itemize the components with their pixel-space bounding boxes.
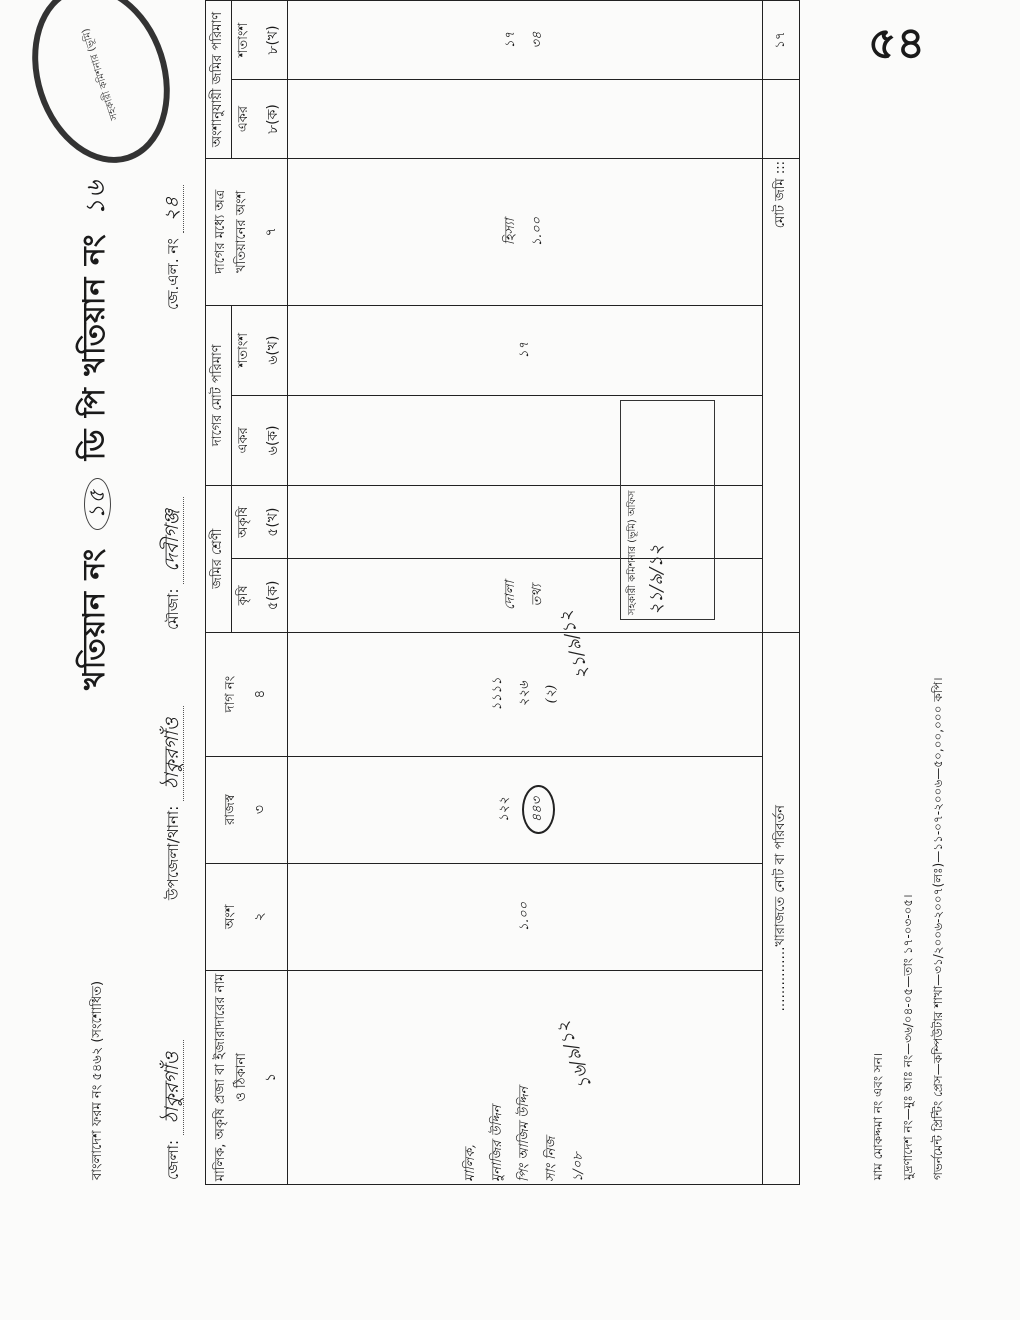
office-seal-box: সহকারী কমিশনার (ভূমি) অফিস ২১/৯/১২ bbox=[620, 400, 715, 620]
cell-dag: ১১১১ ২২৬ (২) bbox=[288, 632, 763, 756]
cell-share: ১.০০ bbox=[288, 863, 763, 970]
jl-field: জে.এল. নং ২৪ bbox=[158, 185, 190, 310]
total-acre bbox=[763, 80, 800, 159]
cell-decimal: ১৭ bbox=[288, 305, 763, 395]
col-revenue: রাজস্ব৩ bbox=[206, 756, 288, 863]
title-prefix: খতিয়ান নং bbox=[77, 548, 112, 690]
circled-revenue: ৪৪৩ bbox=[522, 785, 555, 834]
cell-share-decimal: ১৭ ৩৪ bbox=[288, 1, 763, 80]
cell-share-acre bbox=[288, 80, 763, 159]
cell-revenue: ১২২ ৪৪৩ bbox=[288, 756, 763, 863]
header-row: মালিক, অকৃষি প্রজা বা ইজারাদারের নাম ও ঠ… bbox=[206, 1, 232, 1185]
col-owner: মালিক, অকৃষি প্রজা বা ইজারাদারের নাম ও ঠ… bbox=[206, 970, 288, 1184]
sub-agri: কৃষি৫(ক) bbox=[232, 559, 288, 632]
seal-signature-date: ২১/৯/১২ bbox=[642, 405, 673, 615]
sub-decimal: শতাংশ৬(খ) bbox=[232, 305, 288, 395]
col-land-class: জমির শ্রেণী bbox=[206, 485, 232, 632]
mouza-field: মৌজা: দেবীগঞ্জ bbox=[158, 497, 190, 630]
mouza-value: দেবীগঞ্জ bbox=[161, 497, 184, 583]
dp-khatian-number: ১৬ bbox=[81, 180, 111, 216]
col-dag: দাগ নং৪ bbox=[206, 632, 288, 756]
footer-press-line: গভর্নমেন্ট প্রিন্টিং প্রেস—কম্পিউটার শাখ… bbox=[930, 677, 950, 1180]
col-share-area: অংশানুযায়ী জমির পরিমাণ bbox=[206, 1, 232, 159]
col-khatian-share: দাগের মধ্যে অত্র খতিয়ানের অংশ৭ bbox=[206, 158, 288, 305]
khatian-number: ১৫ bbox=[84, 478, 111, 531]
sub-share-acre: একর৮(ক) bbox=[232, 80, 288, 159]
office-stamp: সহকারী কমিশনার (ভূমি) bbox=[10, 0, 192, 181]
cell-khatian-share: হিস্যা ১.০০ bbox=[288, 158, 763, 305]
col-total-area: দাগের মোট পরিমাণ bbox=[206, 305, 232, 485]
district-field: জেলা: ঠাকুরগাঁও bbox=[158, 1040, 190, 1180]
total-label-cell: মোট জমি ::: bbox=[763, 158, 800, 632]
upazila-value: ঠাকুরগাঁও bbox=[161, 706, 184, 801]
mouza-label: মৌজা: bbox=[164, 588, 182, 630]
sub-nonagri: অকৃষি৫(খ) bbox=[232, 485, 288, 558]
jl-label: জে.এল. নং bbox=[164, 238, 182, 310]
district-label: জেলা: bbox=[164, 1140, 182, 1180]
district-value: ঠাকুরগাঁও bbox=[161, 1040, 184, 1135]
sub-acre: একর৬(ক) bbox=[232, 395, 288, 485]
footer-print-order: মুদ্রণাদেশ নং—মুঃ আঃ নং—৩৬/০৪-০৫—তাং ১৭-… bbox=[900, 894, 920, 1180]
page-title: খতিয়ান নং ১৫ ডি পি খতিয়ান নং ১৬ bbox=[70, 180, 121, 690]
sub-share-decimal: শতাংশ৮(খ) bbox=[232, 1, 288, 80]
title-dp: ডি পি খতিয়ান নং bbox=[77, 233, 112, 460]
col-share: অংশ২ bbox=[206, 863, 288, 970]
total-row: ……………খারাজতে নোট বা পরিবর্তন মোট জমি :::… bbox=[763, 1, 800, 1185]
footer-case-line: মাম মোকদ্দমা নং এবং সন। bbox=[870, 1053, 890, 1180]
form-number: বাংলাদেশ ফরম নং ৫৪৬২ (সংশোধিত) bbox=[88, 981, 109, 1180]
upazila-field: উপজেলা/থানা: ঠাকুরগাঁও bbox=[158, 706, 190, 900]
cell-owner: মালিক, মুনাজির উদ্দিন পিং আজিম উদ্দিন সা… bbox=[288, 970, 763, 1184]
changes-note: ……………খারাজতে নোট বা পরিবর্তন bbox=[763, 632, 800, 1184]
total-decimal: ১৭ bbox=[763, 1, 800, 80]
jl-value: ২৪ bbox=[161, 185, 184, 234]
margin-handwritten-mark: ৫৪ bbox=[868, 10, 925, 83]
upazila-label: উপজেলা/থানা: bbox=[164, 806, 182, 900]
land-record-page: বাংলাদেশ ফরম নং ৫৪৬২ (সংশোধিত) খতিয়ান ন… bbox=[0, 0, 1020, 1320]
